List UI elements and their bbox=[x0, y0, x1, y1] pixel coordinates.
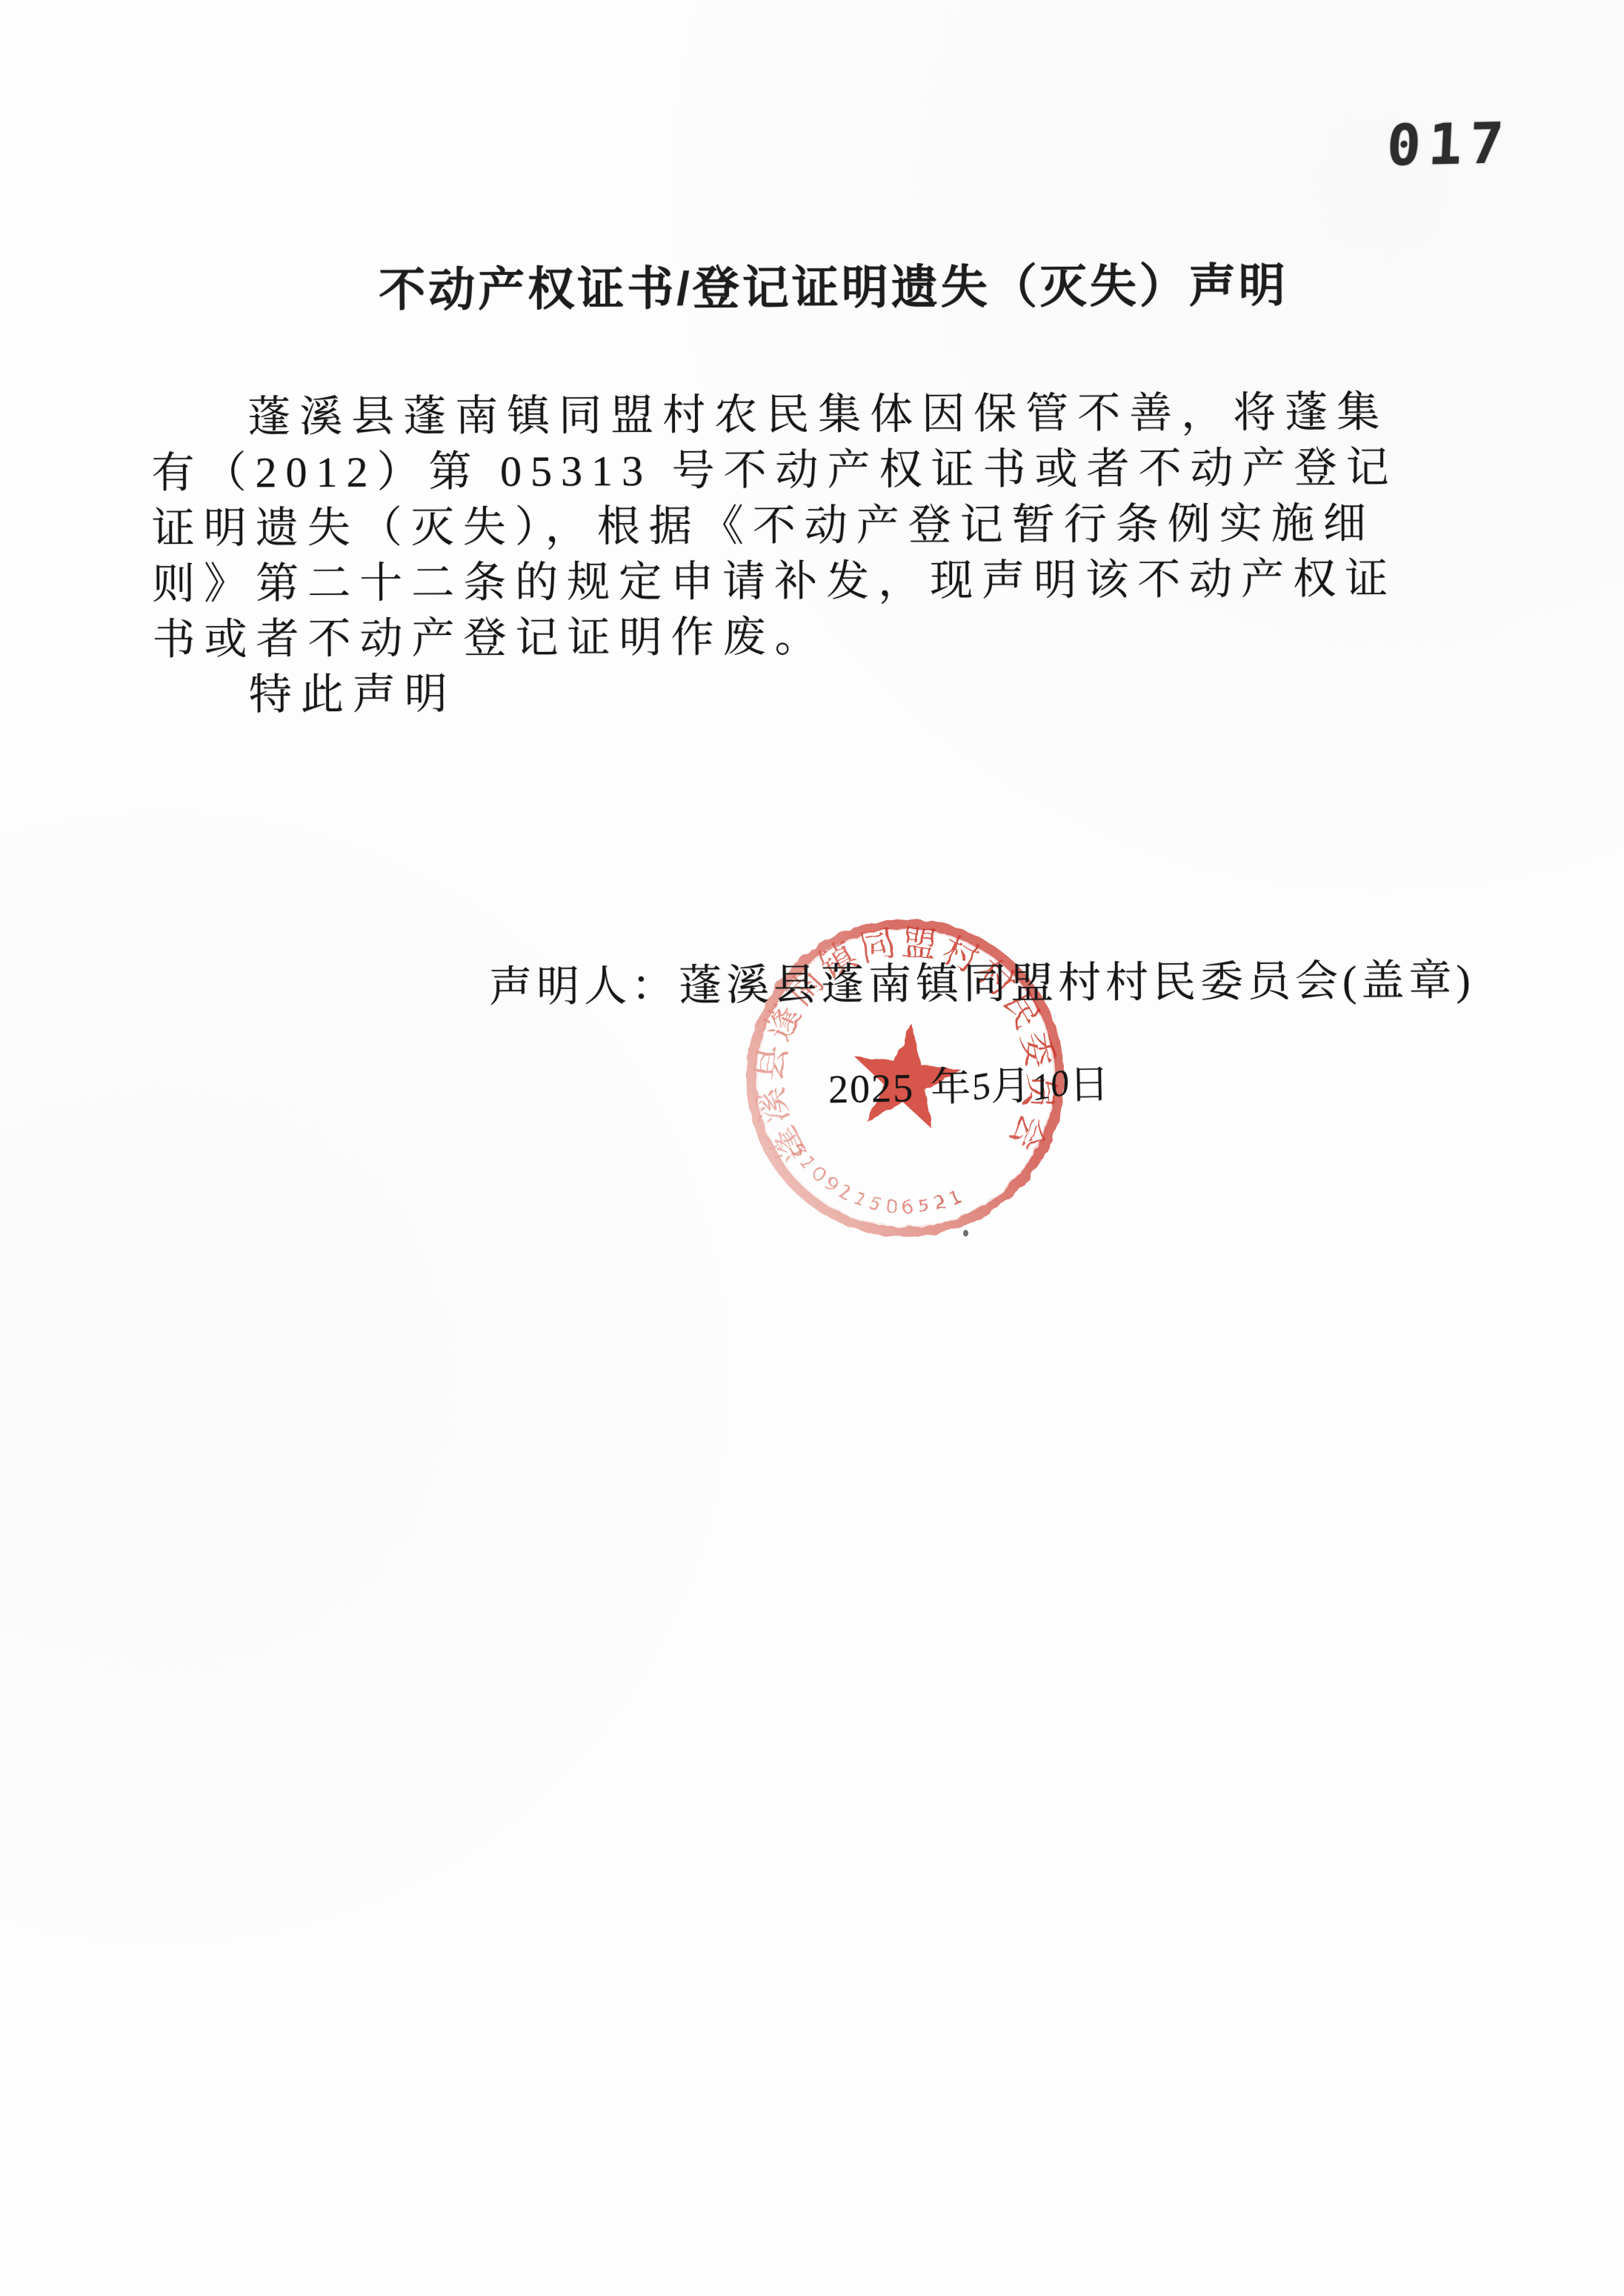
declarant-label: 声明人： bbox=[489, 962, 679, 1011]
page-number: 017 bbox=[1385, 110, 1513, 179]
date-line: 2025年5月10日 bbox=[828, 1053, 1111, 1115]
closing-line: 特此声明 bbox=[153, 662, 1457, 723]
body-line-4: 则》第二十二条的规定申请补发，现声明该不动产权证 bbox=[152, 550, 1456, 612]
date-day-unit: 日 bbox=[1069, 1062, 1111, 1108]
date-day: 10 bbox=[1028, 1060, 1072, 1109]
document-body: 蓬溪县蓬南镇同盟村农民集体因保管不善，将蓬集 有（2012）第 05313 号不… bbox=[151, 384, 1457, 723]
body-line-2: 有（2012）第 05313 号不动产权证书或者不动产登记 bbox=[151, 439, 1455, 501]
date-year-unit: 年 bbox=[931, 1065, 973, 1110]
declarant-name: 蓬溪县蓬南镇同盟村村民委员会(盖章) bbox=[679, 956, 1475, 1010]
document-title: 不动产权证书/登记证明遗失（灭失）声明 bbox=[0, 246, 1624, 322]
body-line-3: 证明遗失（灭失），根据《不动产登记暂行条例实施细 bbox=[152, 495, 1456, 556]
body-line-5: 书或者不动产登记证明作废。 bbox=[152, 606, 1456, 668]
date-month-unit: 月 bbox=[991, 1064, 1033, 1109]
body-line-1: 蓬溪县蓬南镇同盟村农民集体因保管不善，将蓬集 bbox=[151, 384, 1455, 445]
declarant-line: 声明人：蓬溪县蓬南镇同盟村村民委员会(盖章) bbox=[489, 945, 1475, 1014]
date-year: 2025 bbox=[828, 1065, 915, 1111]
document-page: 017 不动产权证书/登记证明遗失（灭失）声明 蓬溪县蓬南镇同盟村农民集体因保管… bbox=[0, 0, 1624, 2296]
